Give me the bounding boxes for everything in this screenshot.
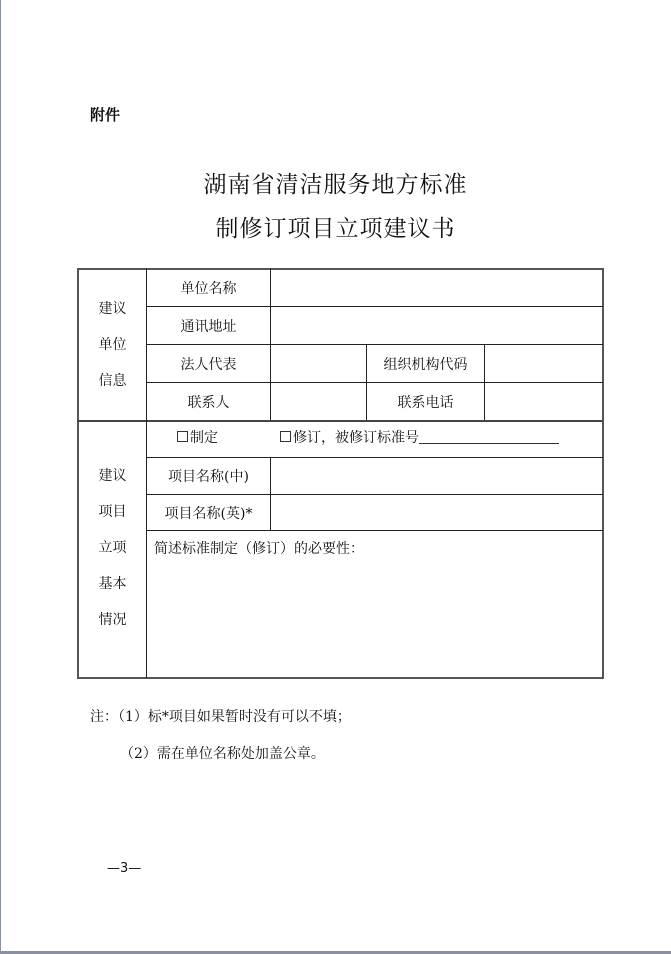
organization-code-field[interactable] xyxy=(485,345,603,382)
side-label-line: 情况 xyxy=(78,602,147,638)
side-label-line: 信息 xyxy=(78,363,147,399)
label-address: 通讯地址 xyxy=(147,307,270,344)
page-left-border xyxy=(0,0,1,954)
document-title-line1: 湖南省清洁服务地方标准 xyxy=(0,166,671,199)
label-contact-phone: 联系电话 xyxy=(367,383,484,420)
side-label-line: 基本 xyxy=(78,566,147,602)
project-type-options: 制定 修订，被修订标准号 xyxy=(177,427,218,447)
option-revise[interactable]: 修订，被修订标准号 xyxy=(280,427,559,447)
side-label-line: 项目 xyxy=(78,494,147,530)
unit-name-field[interactable] xyxy=(271,269,603,306)
option-create[interactable]: 制定 xyxy=(177,430,218,446)
label-unit-name: 单位名称 xyxy=(147,269,270,306)
label-project-name-en: 项目名称(英)* xyxy=(147,495,270,530)
note-line-1: 注：（1）标*项目如果暂时没有可以不填； xyxy=(90,706,351,726)
label-project-name-cn: 项目名称(中) xyxy=(147,458,270,494)
side-label-line: 立项 xyxy=(78,530,147,566)
option-create-label: 制定 xyxy=(190,430,218,446)
project-name-en-field[interactable] xyxy=(271,495,603,530)
side-label-line: 建议 xyxy=(78,458,147,494)
page-number: —3— xyxy=(107,861,141,876)
address-field[interactable] xyxy=(271,307,603,344)
revised-standard-number-field[interactable] xyxy=(419,429,559,444)
contact-person-field[interactable] xyxy=(271,383,366,420)
legal-representative-field[interactable] xyxy=(271,345,366,382)
side-label-line: 单位 xyxy=(78,327,147,363)
attachment-label: 附件 xyxy=(90,104,120,125)
section1-side-label: 建议 单位 信息 xyxy=(78,291,147,399)
table-rule xyxy=(146,530,603,531)
checkbox-revise[interactable] xyxy=(280,431,291,442)
section2-side-label: 建议 项目 立项 基本 情况 xyxy=(78,458,147,638)
option-revise-label: 修订，被修订标准号 xyxy=(293,430,419,446)
label-organization-code: 组织机构代码 xyxy=(367,345,484,382)
necessity-prompt: 简述标准制定（修订）的必要性： xyxy=(154,538,364,558)
label-legal-representative: 法人代表 xyxy=(147,345,270,382)
project-name-cn-field[interactable] xyxy=(271,458,603,494)
section-divider xyxy=(77,420,603,422)
label-contact-person: 联系人 xyxy=(147,383,270,420)
checkbox-create[interactable] xyxy=(177,431,188,442)
contact-phone-field[interactable] xyxy=(485,383,603,420)
document-title-line2: 制修订项目立项建议书 xyxy=(0,210,671,243)
note-line-2: （2）需在单位名称处加盖公章。 xyxy=(120,743,325,763)
necessity-field[interactable] xyxy=(150,560,600,675)
side-label-line: 建议 xyxy=(78,291,147,327)
